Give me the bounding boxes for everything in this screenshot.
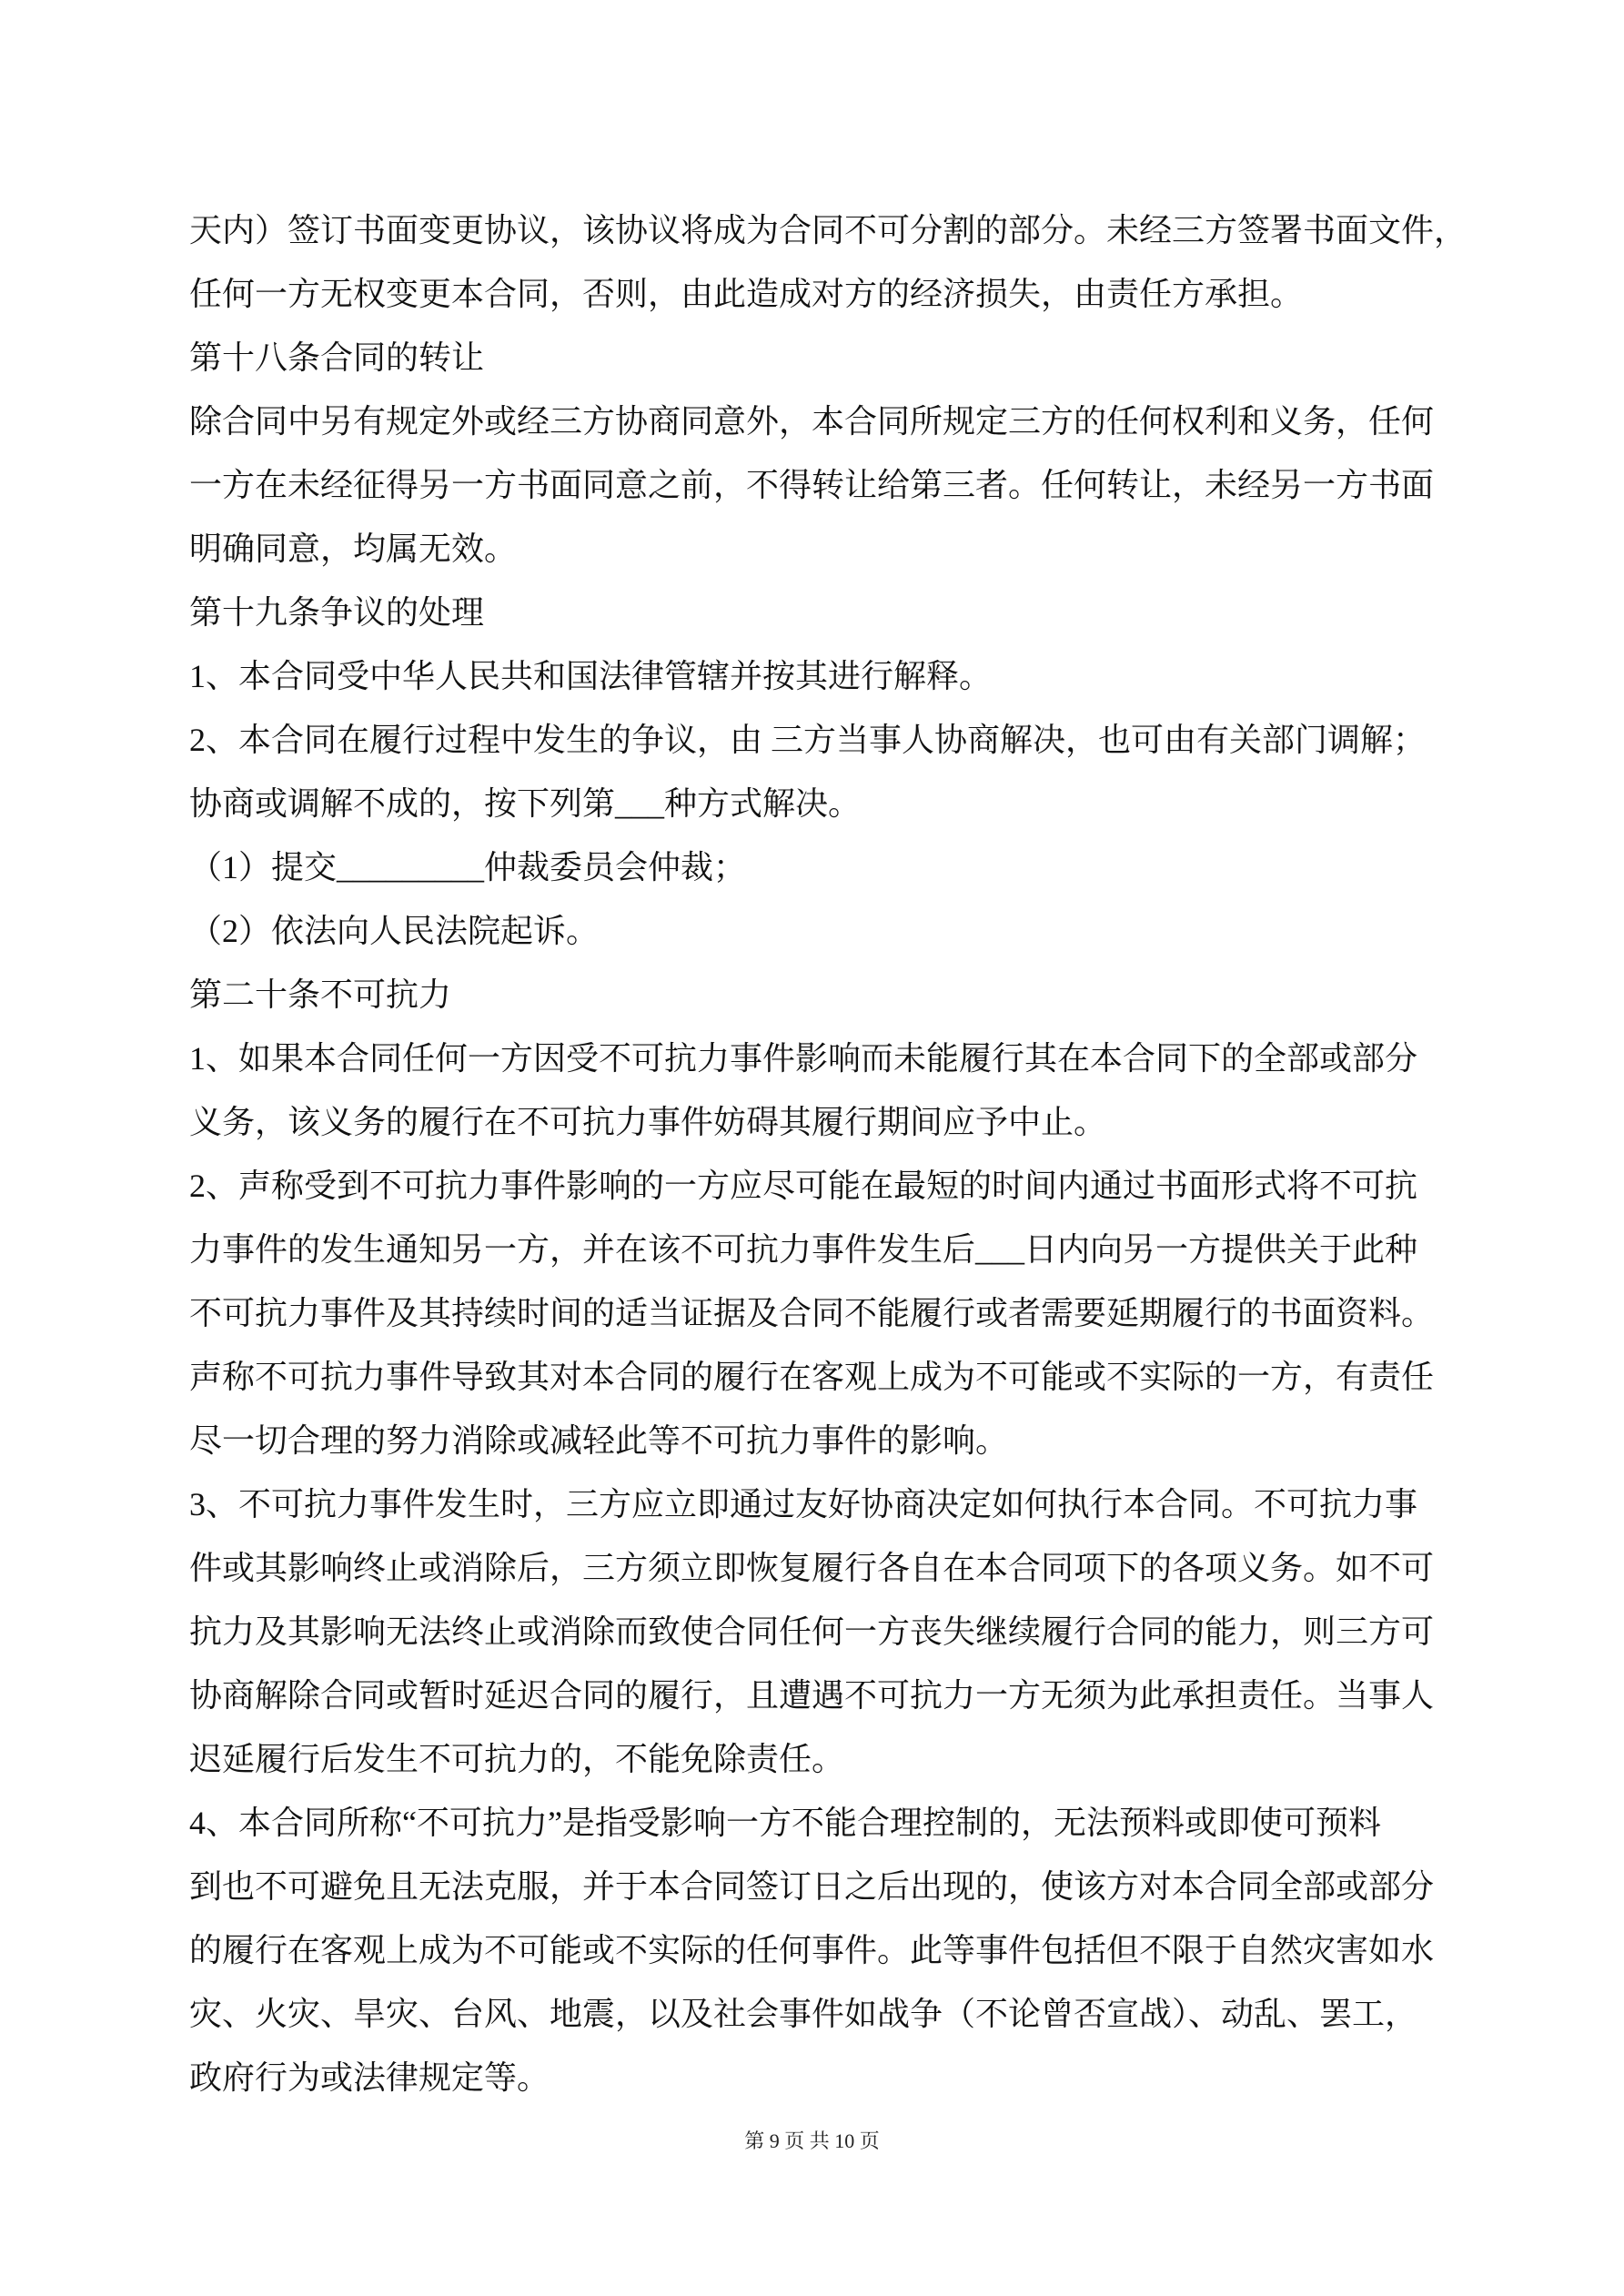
text-line: 除合同中另有规定外或经三方协商同意外，本合同所规定三方的任何权利和义务，任何 xyxy=(189,389,1515,453)
text-line: 件或其影响终止或消除后，三方须立即恢复履行各自在本合同项下的各项义务。如不可 xyxy=(189,1536,1515,1600)
page-number: 第 9 页 共 10 页 xyxy=(0,2128,1624,2155)
text-line: 尽一切合理的努力消除或减轻此等不可抗力事件的影响。 xyxy=(189,1409,1515,1472)
text-line: 1、如果本合同任何一方因受不可抗力事件影响而未能履行其在本合同下的全部或部分 xyxy=(189,1027,1515,1090)
text-line: 政府行为或法律规定等。 xyxy=(189,2046,1515,2109)
text-line: 迟延履行后发生不可抗力的，不能免除责任。 xyxy=(189,1727,1515,1791)
text-line: 任何一方无权变更本合同，否则，由此造成对方的经济损失，由责任方承担。 xyxy=(189,262,1515,326)
text-line: 天内）签订书面变更协议，该协议将成为合同不可分割的部分。未经三方签署书面文件， xyxy=(189,198,1515,262)
document-body: 天内）签订书面变更协议，该协议将成为合同不可分割的部分。未经三方签署书面文件， … xyxy=(189,198,1515,2109)
text-line: 的履行在客观上成为不可能或不实际的任何事件。此等事件包括但不限于自然灾害如水 xyxy=(189,1918,1515,1982)
text-line: 灾、火灾、旱灾、台风、地震，以及社会事件如战争（不论曾否宣战）、动乱、罢工， xyxy=(189,1982,1515,2046)
text-line: 2、本合同在履行过程中发生的争议，由 三方当事人协商解决，也可由有关部门调解； xyxy=(189,708,1515,772)
text-line: 3、不可抗力事件发生时，三方应立即通过友好协商决定如何执行本合同。不可抗力事 xyxy=(189,1472,1515,1536)
text-line: （2）依法向人民法院起诉。 xyxy=(189,899,1515,963)
text-line: 到也不可避免且无法克服，并于本合同签订日之后出现的，使该方对本合同全部或部分 xyxy=(189,1855,1515,1918)
text-line: 1、本合同受中华人民共和国法律管辖并按其进行解释。 xyxy=(189,644,1515,708)
text-line: 协商或调解不成的，按下列第___种方式解决。 xyxy=(189,772,1515,835)
text-line: （1）提交_________仲裁委员会仲裁； xyxy=(189,835,1515,899)
text-line: 抗力及其影响无法终止或消除而致使合同任何一方丧失继续履行合同的能力，则三方可 xyxy=(189,1600,1515,1664)
text-line: 声称不可抗力事件导致其对本合同的履行在客观上成为不可能或不实际的一方，有责任 xyxy=(189,1345,1515,1409)
document-page: 天内）签订书面变更协议，该协议将成为合同不可分割的部分。未经三方签署书面文件， … xyxy=(0,0,1624,2296)
text-line: 力事件的发生通知另一方，并在该不可抗力事件发生后___日内向另一方提供关于此种 xyxy=(189,1218,1515,1281)
text-line: 义务，该义务的履行在不可抗力事件妨碍其履行期间应予中止。 xyxy=(189,1090,1515,1154)
text-line: 协商解除合同或暂时延迟合同的履行，且遭遇不可抗力一方无须为此承担责任。当事人 xyxy=(189,1664,1515,1727)
clause-heading-19: 第十九条争议的处理 xyxy=(189,581,1515,644)
text-line: 一方在未经征得另一方书面同意之前，不得转让给第三者。任何转让，未经另一方书面 xyxy=(189,453,1515,517)
text-line: 明确同意，均属无效。 xyxy=(189,517,1515,581)
clause-heading-20: 第二十条不可抗力 xyxy=(189,963,1515,1027)
clause-heading-18: 第十八条合同的转让 xyxy=(189,326,1515,389)
text-line: 4、本合同所称“不可抗力”是指受影响一方不能合理控制的，无法预料或即使可预料 xyxy=(189,1791,1515,1855)
text-line: 不可抗力事件及其持续时间的适当证据及合同不能履行或者需要延期履行的书面资料。 xyxy=(189,1281,1515,1345)
text-line: 2、声称受到不可抗力事件影响的一方应尽可能在最短的时间内通过书面形式将不可抗 xyxy=(189,1154,1515,1218)
